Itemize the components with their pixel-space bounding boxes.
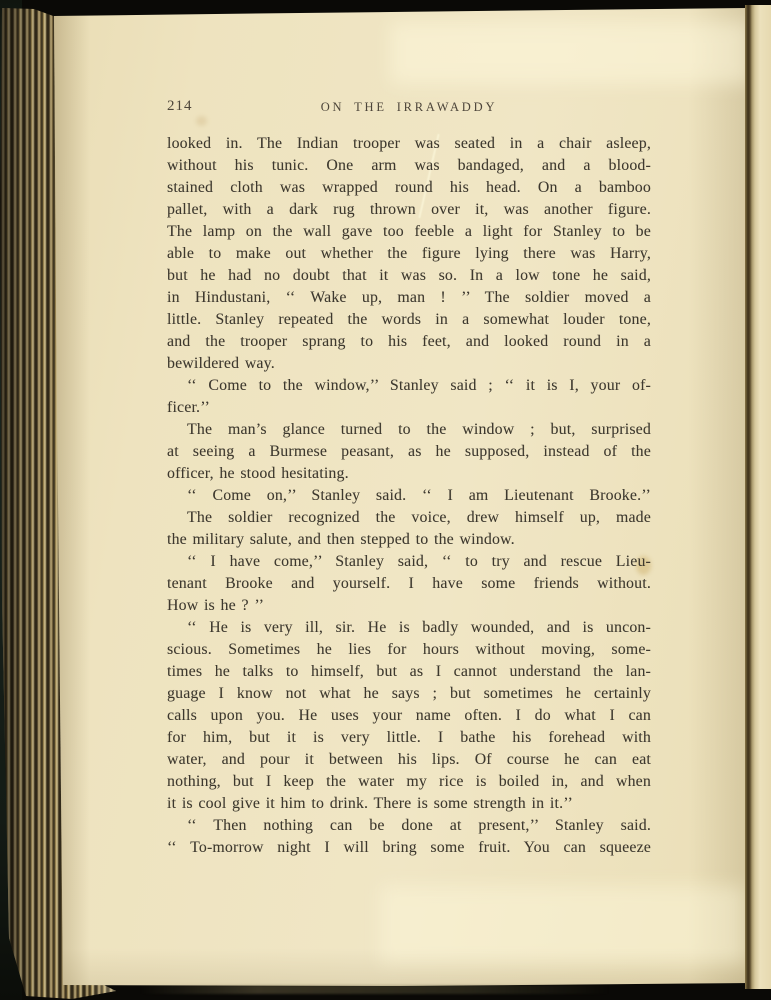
text-line: guage I know not what he says ; but some…	[167, 683, 651, 705]
text-line: ‘‘ Come to the window,’’ Stanley said ; …	[167, 375, 651, 397]
book-scan: { "page_header": { "page_number": "214",…	[0, 0, 771, 1000]
text-line: calls upon you. He uses your name often.…	[167, 705, 651, 727]
text-line: How is he ? ’’	[167, 595, 651, 617]
text-line: ‘‘ He is very ill, sir. He is badly woun…	[167, 617, 651, 639]
text-line: The man’s glance turned to the window ; …	[167, 419, 651, 441]
text-line: nothing, but I keep the water my rice is…	[167, 771, 651, 793]
next-page-edge	[745, 5, 771, 989]
text-line: The soldier recognized the voice, drew h…	[167, 507, 651, 529]
text-block: looked in. The Indian trooper was seated…	[167, 133, 651, 859]
text-line: but he had no doubt that it was so. In a…	[167, 265, 651, 287]
text-line: The lamp on the wall gave too feeble a l…	[167, 221, 651, 243]
text-line: ‘‘ To-morrow night I will bring some fru…	[167, 837, 651, 859]
text-line: tenant Brooke and yourself. I have some …	[167, 573, 651, 595]
text-line: without his tunic. One arm was bandaged,…	[167, 155, 651, 177]
running-title: ON THE IRRAWADDY	[167, 100, 651, 115]
text-line: stained cloth was wrapped round his head…	[167, 177, 651, 199]
text-line: pallet, with a dark rug thrown over it, …	[167, 199, 651, 221]
text-line: the military salute, and then stepped to…	[167, 529, 651, 551]
text-line: ‘‘ I have come,’’ Stanley said, ‘‘ to tr…	[167, 551, 651, 573]
text-line: for him, but it is very little. I bathe …	[167, 727, 651, 749]
bottom-page-edges	[140, 985, 610, 994]
text-line: officer, he stood hesitating.	[167, 463, 651, 485]
scan-light-band-top	[390, 22, 750, 84]
book-page: 214 ON THE IRRAWADDY looked in. The Indi…	[0, 0, 771, 1000]
text-line: ficer.’’	[167, 397, 651, 419]
text-line: times he talks to himself, but as I cann…	[167, 661, 651, 683]
text-line: in Hindustani, ‘‘ Wake up, man ! ’’ The …	[167, 287, 651, 309]
text-line: able to make out whether the figure lyin…	[167, 243, 651, 265]
text-line: looked in. The Indian trooper was seated…	[167, 133, 651, 155]
paper-stain	[196, 116, 207, 126]
text-line: at seeing a Burmese peasant, as he suppo…	[167, 441, 651, 463]
text-line: water, and pour it between his lips. Of …	[167, 749, 651, 771]
page-gutter-shadow	[688, 0, 750, 1000]
scan-light-band-bottom	[380, 886, 745, 964]
text-line: and the trooper sprang to his feet, and …	[167, 331, 651, 353]
text-line: ‘‘ Come on,’’ Stanley said. ‘‘ I am Lieu…	[167, 485, 651, 507]
text-line: it is cool give it him to drink. There i…	[167, 793, 651, 815]
text-line: little. Stanley repeated the words in a …	[167, 309, 651, 331]
text-line: scious. Sometimes he lies for hours with…	[167, 639, 651, 661]
text-line: bewildered way.	[167, 353, 651, 375]
text-line: ‘‘ Then nothing can be done at present,’…	[167, 815, 651, 837]
